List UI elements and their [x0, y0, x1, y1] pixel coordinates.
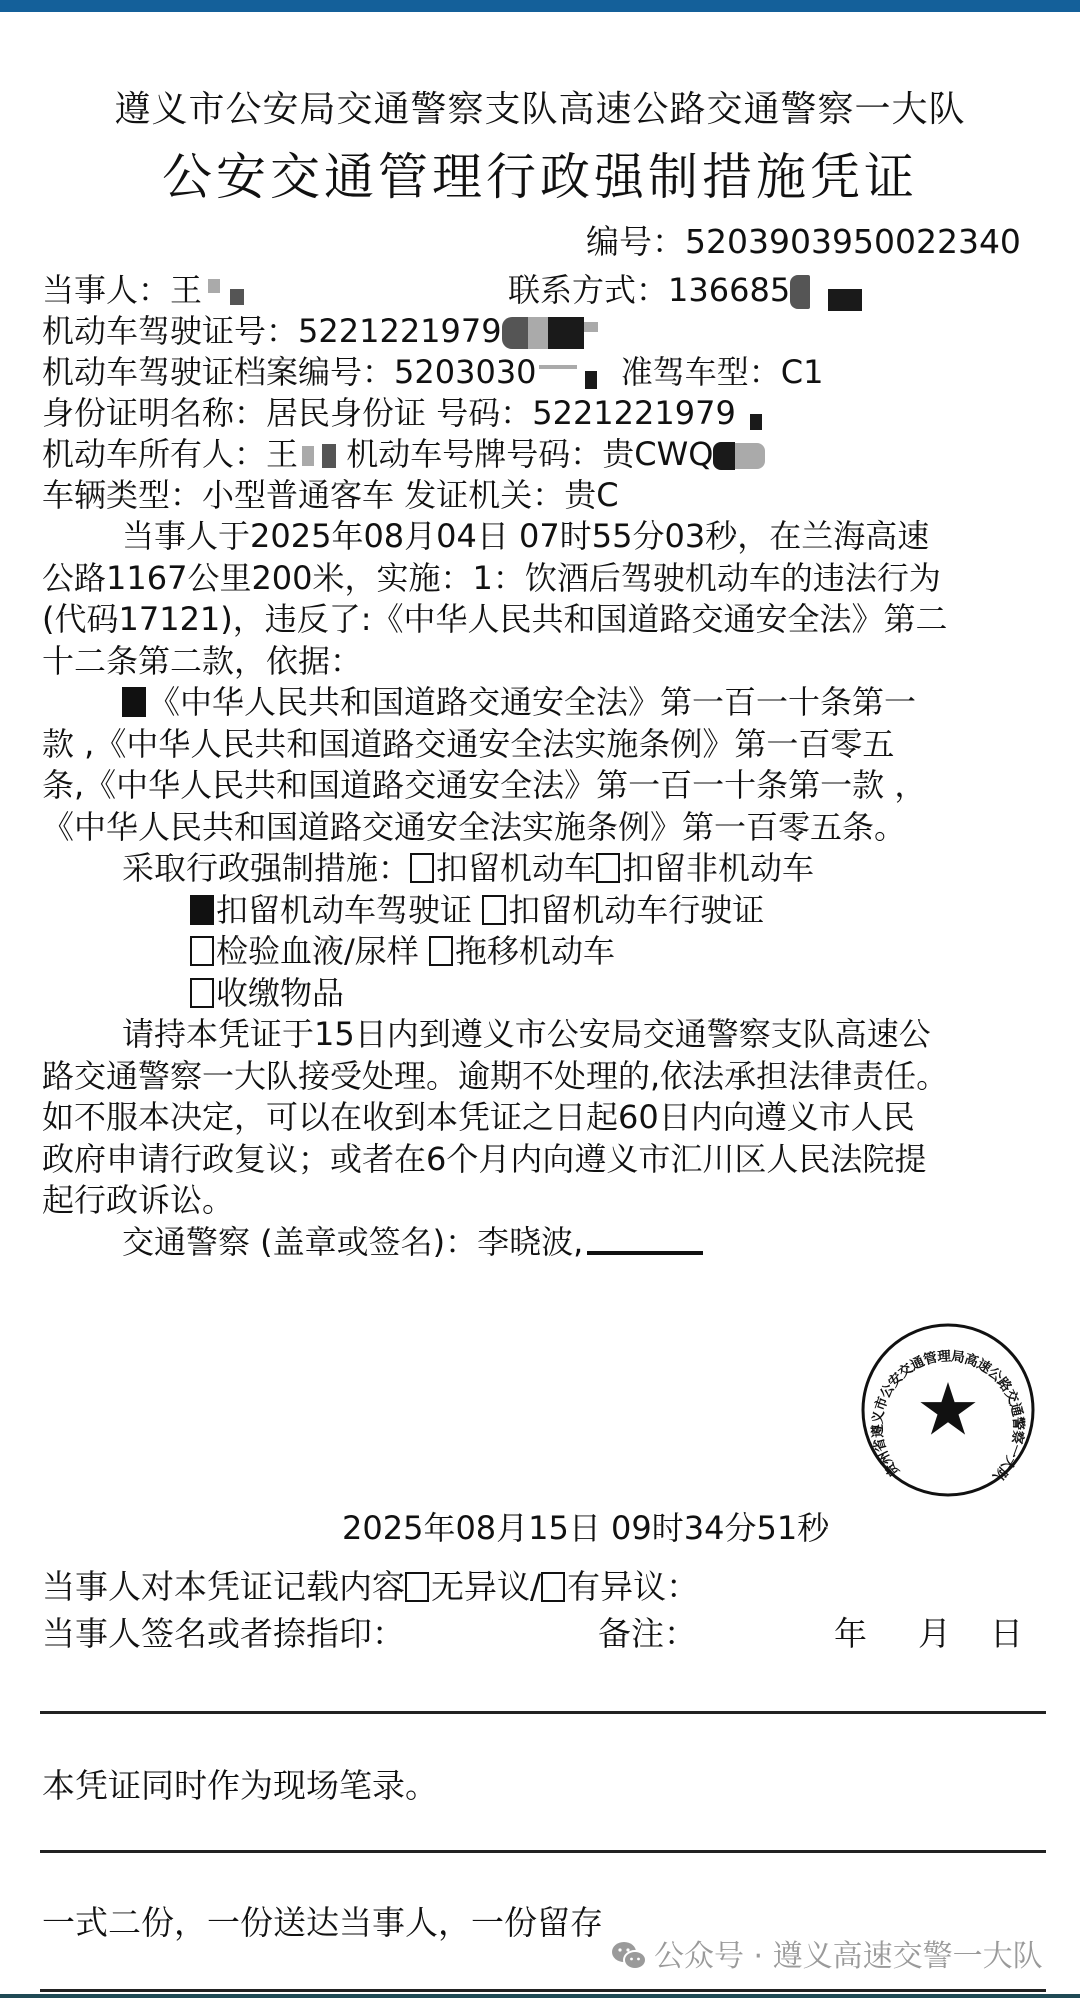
bottom-bar — [0, 1994, 1080, 1998]
objection-has: 有异议： — [567, 1567, 699, 1606]
redaction-mask — [828, 289, 862, 311]
serial-value: 5203903950022340 — [685, 222, 1021, 261]
issuer-value: 贵C — [564, 476, 618, 514]
measure-option: 拖移机动车 — [455, 932, 615, 970]
watermark-text: 公众号 · 遵义高速交警一大队 — [654, 1939, 1043, 1974]
field-row-license-file: 机动车驾驶证档案编号：5203030 准驾车型：C1 — [42, 352, 823, 393]
vehicle-class-label: 准驾车型： — [621, 353, 781, 391]
officer-label: 交通警察 (盖章或签名)： — [122, 1223, 477, 1261]
redaction-mask — [302, 446, 314, 466]
measure-option: 扣留非机动车 — [622, 849, 814, 887]
basis-line: 《中华人民共和国道路交通安全法》第一百一十条第一 — [42, 682, 1042, 724]
license-value: 5221221979 — [298, 312, 502, 350]
checkbox-icon[interactable] — [482, 895, 506, 925]
checkbox-icon[interactable] — [596, 853, 620, 883]
divider — [40, 1711, 1046, 1714]
notice-line: 起行政诉讼。 — [42, 1180, 1042, 1222]
measure-option: 扣留机动车行驶证 — [508, 891, 764, 929]
violation-line: 当事人于2025年08月04日 07时55分03秒，在兰海高速 — [42, 516, 1042, 558]
basis-line: 条,《中华人民共和国道路交通安全法》第一百一十条第一款 ， — [42, 765, 1042, 807]
measures-line: 采取行政强制措施：扣留机动车扣留非机动车 — [42, 848, 1042, 890]
redaction-mask — [713, 442, 735, 470]
field-row-id: 身份证明名称：居民身份证 号码：5221221979 — [42, 393, 762, 434]
copies-note: 一式二份，一份送达当事人，一份留存 — [42, 1902, 603, 1944]
officer-line: 交通警察 (盖章或签名)：李晓波, — [42, 1222, 1042, 1264]
id-type-value: 居民身份证 — [266, 394, 426, 432]
violation-paragraph: 当事人于2025年08月04日 07时55分03秒，在兰海高速 公路1167公里… — [42, 516, 1042, 682]
redaction-mask — [539, 365, 577, 369]
contact-value: 136685 — [668, 271, 790, 309]
measures-line: 收缴物品 — [42, 973, 1042, 1015]
redaction-mask — [208, 279, 220, 293]
checkbox-icon[interactable] — [190, 978, 214, 1008]
measures-label: 采取行政强制措施： — [122, 849, 410, 887]
divider — [40, 1989, 1046, 1992]
objection-line: 当事人对本凭证记载内容无异议/有异议： — [42, 1566, 699, 1607]
officer-name: 李晓波, — [477, 1223, 583, 1261]
party-value: 王 — [170, 271, 202, 309]
license-file-value: 5203030 — [394, 353, 537, 391]
checkbox-icon[interactable] — [541, 1572, 565, 1602]
redaction-mask — [750, 414, 762, 430]
field-row-license: 机动车驾驶证号：5221221979 — [42, 311, 598, 352]
redaction-mask — [585, 371, 597, 389]
measures-section: 采取行政强制措施：扣留机动车扣留非机动车 扣留机动车驾驶证 扣留机动车行驶证 检… — [42, 848, 1042, 1014]
field-row-contact: 联系方式：136685 — [508, 270, 862, 311]
vehicle-class-value: C1 — [781, 353, 824, 391]
checkbox-icon[interactable] — [405, 1572, 429, 1602]
license-file-label: 机动车驾驶证档案编号： — [42, 353, 394, 391]
checkbox-icon[interactable] — [429, 936, 453, 966]
id-number-label: 号码： — [436, 394, 532, 432]
star-icon — [920, 1382, 975, 1435]
agency-title: 遵义市公安局交通警察支队高速公路交通警察一大队 — [0, 88, 1080, 132]
record-note: 本凭证同时作为现场笔录。 — [42, 1765, 438, 1807]
measures-line: 扣留机动车驾驶证 扣留机动车行驶证 — [42, 890, 1042, 932]
id-type-label: 身份证明名称： — [42, 394, 266, 432]
wechat-icon — [610, 1940, 648, 1972]
vehicle-type-value: 小型普通客车 — [202, 476, 394, 514]
redaction-mask — [790, 275, 810, 309]
plate-label: 机动车号牌号码： — [346, 435, 602, 473]
contact-label: 联系方式： — [508, 271, 668, 309]
basis-text: 《中华人民共和国道路交通安全法》第一百一十条第一 — [148, 683, 916, 721]
remark-label: 备注： — [598, 1613, 697, 1654]
divider — [40, 1850, 1046, 1853]
violation-line: 十二条第二款，依据： — [42, 641, 1042, 683]
owner-label: 机动车所有人： — [42, 435, 266, 473]
measures-line: 检验血液/尿样 拖移机动车 — [42, 931, 1042, 973]
party-label: 当事人： — [42, 271, 170, 309]
objection-none: 无异议/ — [431, 1567, 541, 1606]
id-number-value: 5221221979 — [532, 394, 736, 432]
measure-option: 检验血液/尿样 — [216, 932, 419, 970]
redaction-mask — [528, 317, 548, 349]
checked-box-icon — [122, 687, 146, 717]
redaction-mask — [230, 289, 244, 305]
objection-prefix: 当事人对本凭证记载内容 — [42, 1567, 405, 1606]
basis-line: 款 ,《中华人民共和国道路交通安全法实施条例》第一百零五 — [42, 724, 1042, 766]
field-row-party: 当事人：王 — [42, 270, 244, 311]
notice-paragraph: 请持本凭证于15日内到遵义市公安局交通警察支队高速公 路交通警察一大队接受处理。… — [42, 1014, 1042, 1263]
redaction-mask — [584, 322, 598, 332]
issuer-label: 发证机关： — [404, 476, 564, 514]
basis-paragraph: 《中华人民共和国道路交通安全法》第一百一十条第一 款 ,《中华人民共和国道路交通… — [42, 682, 1042, 848]
date-day-label: 日 — [990, 1613, 1023, 1654]
vehicle-type-label: 车辆类型： — [42, 476, 202, 514]
signature-blank[interactable] — [587, 1251, 703, 1255]
violation-line: (代码17121)，违反了:《中华人民共和国道路交通安全法》第二 — [42, 599, 1042, 641]
redaction-mask — [502, 317, 528, 349]
watermark: 公众号 · 遵义高速交警一大队 — [610, 1937, 1043, 1977]
notice-line: 路交通警察一大队接受处理。逾期不处理的,依法承担法律责任。 — [42, 1056, 1042, 1098]
serial-label: 编号： — [586, 222, 685, 261]
notice-line: 如不服本决定，可以在收到本凭证之日起60日内向遵义市人民 — [42, 1097, 1042, 1139]
checked-box-icon[interactable] — [190, 895, 214, 925]
field-row-vehicle-type: 车辆类型：小型普通客车 发证机关：贵C — [42, 475, 619, 516]
date-year-label: 年 — [834, 1613, 867, 1654]
measure-option: 收缴物品 — [216, 974, 344, 1012]
measure-option: 扣留机动车驾驶证 — [216, 891, 472, 929]
plate-value: 贵CWQ — [602, 435, 713, 473]
notice-line: 政府申请行政复议；或者在6个月内向遵义市汇川区人民法院提 — [42, 1139, 1042, 1181]
redaction-mask — [322, 444, 336, 468]
license-label: 机动车驾驶证号： — [42, 312, 298, 350]
violation-line: 公路1167公里200米，实施：1：饮酒后驾驶机动车的违法行为 — [42, 558, 1042, 600]
sign-label: 当事人签名或者捺指印： — [42, 1614, 405, 1653]
official-seal: 贵州省遵义市公安交通管理局高速公路交通警察一大队 — [860, 1322, 1036, 1498]
document-title: 公安交通管理行政强制措施凭证 — [0, 146, 1080, 208]
measure-option: 扣留机动车 — [436, 849, 596, 887]
signature-line: 当事人签名或者捺指印： — [42, 1613, 405, 1654]
issued-datetime: 2025年08月15日 09时34分51秒 — [342, 1508, 829, 1548]
serial-number: 编号：5203903950022340 — [586, 222, 1021, 262]
top-bar — [0, 0, 1080, 12]
field-row-owner: 机动车所有人：王 机动车号牌号码：贵CWQ — [42, 434, 765, 475]
checkbox-icon[interactable] — [410, 853, 434, 883]
basis-line: 《中华人民共和国道路交通安全法实施条例》第一百零五条。 — [42, 807, 1042, 849]
notice-line: 请持本凭证于15日内到遵义市公安局交通警察支队高速公 — [42, 1014, 1042, 1056]
checkbox-icon[interactable] — [190, 936, 214, 966]
redaction-mask — [735, 443, 765, 469]
redaction-mask — [548, 317, 584, 349]
date-month-label: 月 — [918, 1613, 951, 1654]
owner-value: 王 — [266, 435, 298, 473]
